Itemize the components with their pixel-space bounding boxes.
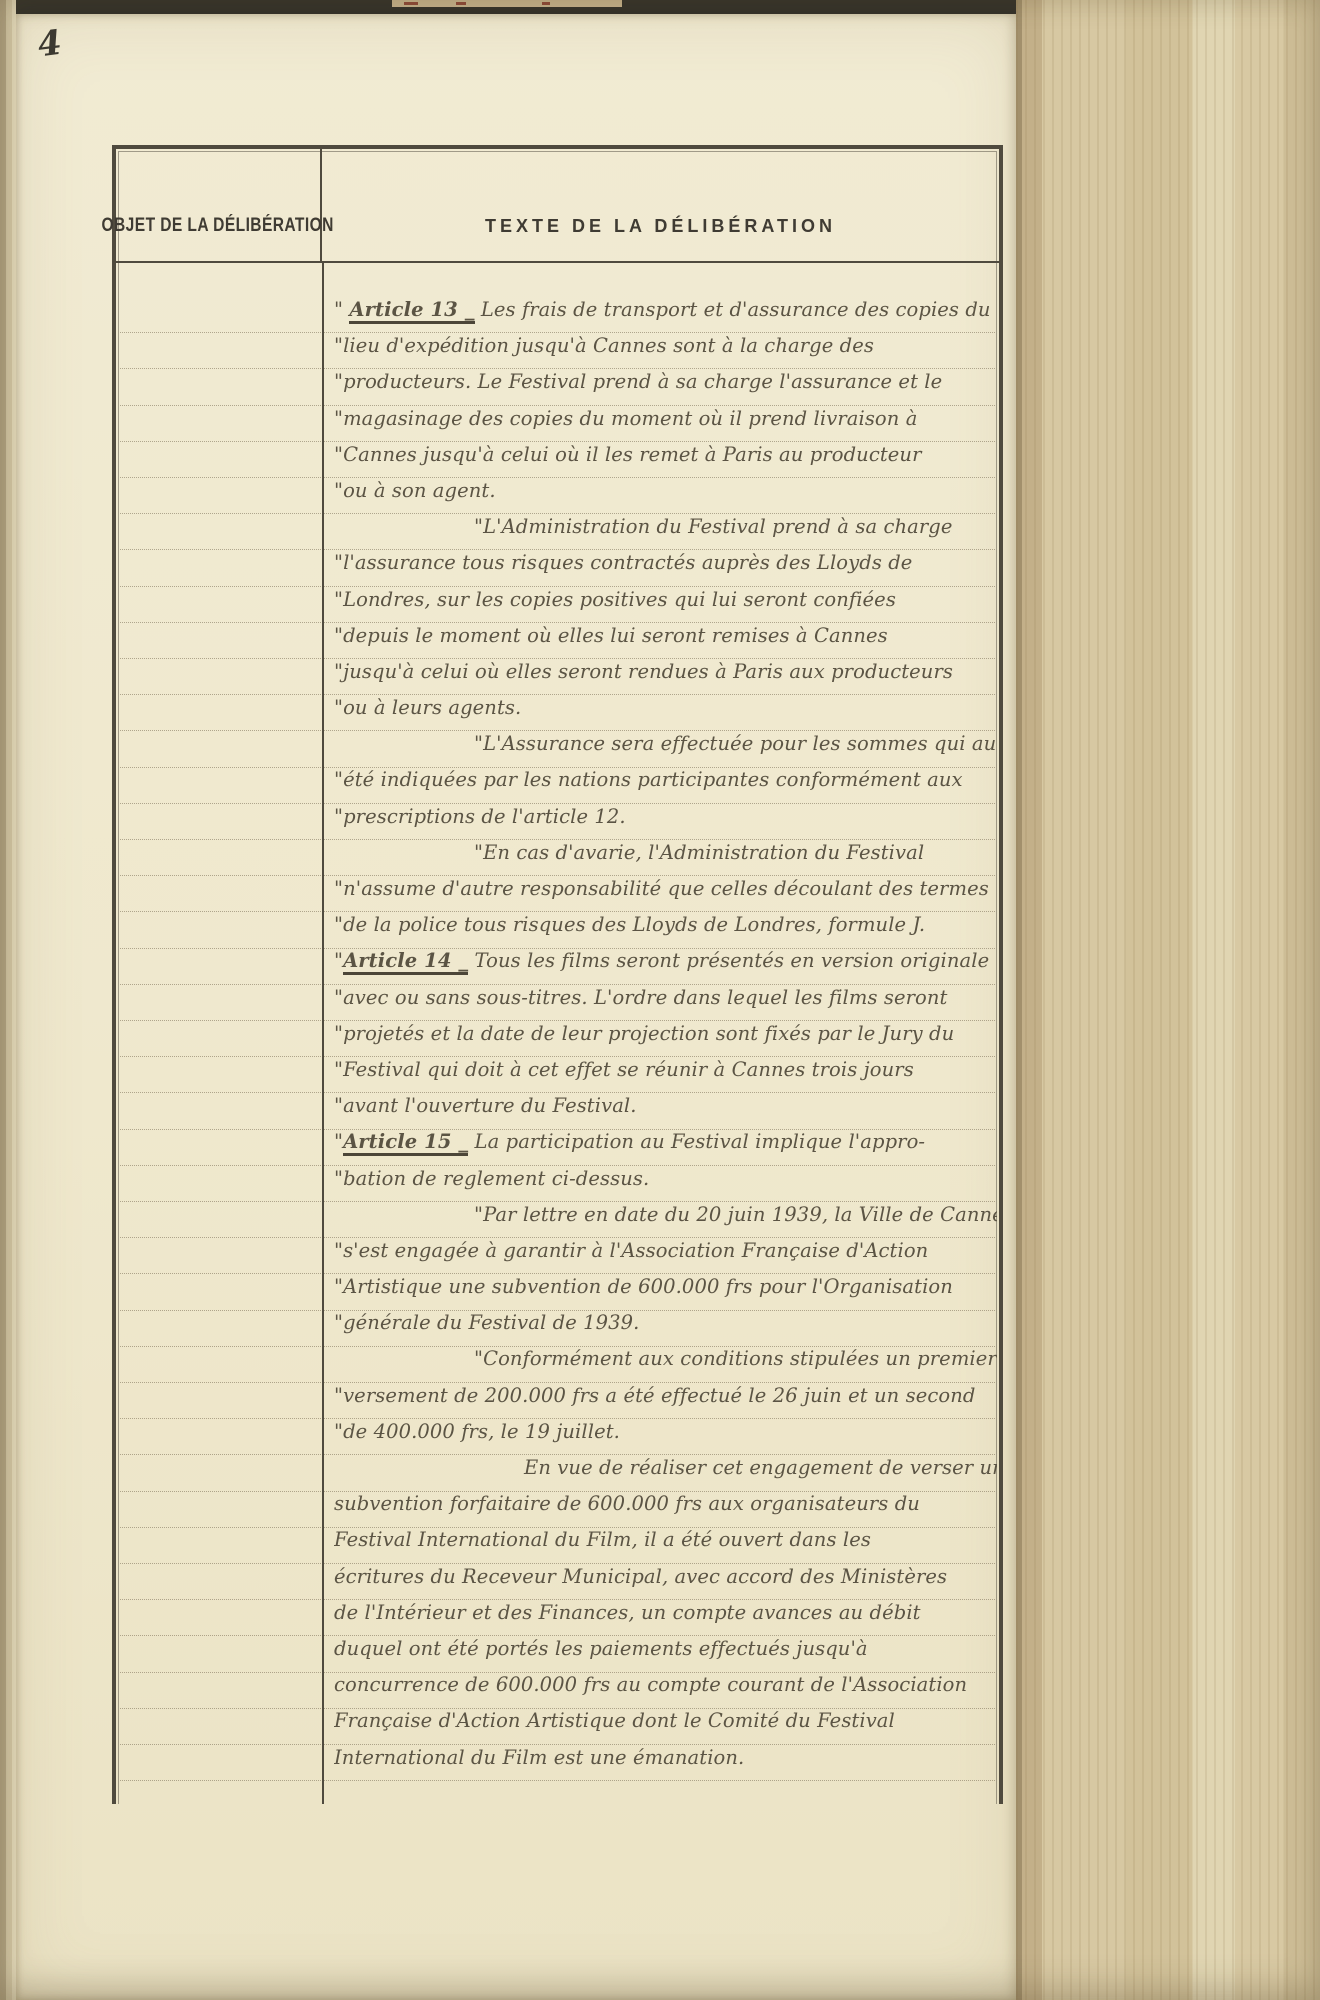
manuscript-line-text: "de la police tous risques des Lloyds de… <box>334 913 925 936</box>
scanned-register-page: 4 OBJET DE LA DÉLIBÉRATION TEXTE DE LA D… <box>0 0 1320 2000</box>
deliberation-table: OBJET DE LA DÉLIBÉRATION TEXTE DE LA DÉL… <box>112 145 1003 1804</box>
manuscript-line-text: "Londres, sur les copies positives qui l… <box>334 588 896 611</box>
manuscript-line-text: subvention forfaitaire de 600.000 frs au… <box>334 1492 920 1515</box>
column-header-objet: OBJET DE LA DÉLIBÉRATION <box>116 149 322 261</box>
article-heading: Article 15 _ <box>343 1130 468 1156</box>
manuscript-line-text: "versement de 200.000 frs a été effectué… <box>334 1384 975 1407</box>
manuscript-line: "jusqu'à celui où elles seront rendues à… <box>334 655 997 691</box>
red-ink-mark <box>542 2 550 5</box>
manuscript-line: "versement de 200.000 frs a été effectué… <box>334 1379 997 1415</box>
manuscript-line: "avant l'ouverture du Festival. <box>334 1089 997 1125</box>
manuscript-line-text: "depuis le moment où elles lui seront re… <box>334 624 888 647</box>
manuscript-line-text: "ou à son agent. <box>334 479 496 502</box>
manuscript-line: "de 400.000 frs, le 19 juillet. <box>334 1415 997 1451</box>
manuscript-line-text: de l'Intérieur et des Finances, un compt… <box>334 1601 921 1624</box>
manuscript-line-text: "générale du Festival de 1939. <box>334 1311 639 1334</box>
manuscript-line-text: "En cas d'avarie, l'Administration du Fe… <box>474 841 924 864</box>
manuscript-line: concurrence de 600.000 frs au compte cou… <box>334 1668 997 1704</box>
manuscript-line-text: "Par lettre en date du 20 juin 1939, la … <box>474 1203 997 1226</box>
manuscript-line-text: En vue de réaliser cet engagement de ver… <box>524 1456 997 1479</box>
manuscript-line: "été indiquées par les nations participa… <box>334 763 997 799</box>
manuscript-line-text: "producteurs. Le Festival prend à sa cha… <box>334 370 942 393</box>
quote-mark: " <box>334 949 343 972</box>
previous-page-sliver <box>392 0 622 7</box>
manuscript-line-text: "avant l'ouverture du Festival. <box>334 1094 637 1117</box>
column-header-texte: TEXTE DE LA DÉLIBÉRATION <box>322 149 999 261</box>
manuscript-line-text: "projetés et la date de leur projection … <box>334 1022 954 1045</box>
manuscript-line: "Festival qui doit à cet effet se réunir… <box>334 1053 997 1089</box>
manuscript-line-text: "été indiquées par les nations participa… <box>334 768 963 791</box>
manuscript-line-text: "avec ou sans sous-titres. L'ordre dans … <box>334 986 948 1009</box>
manuscript-line-text: "de 400.000 frs, le 19 juillet. <box>334 1420 620 1443</box>
article-heading: Article 14 _ <box>343 949 468 975</box>
manuscript-line-text: concurrence de 600.000 frs au compte cou… <box>334 1673 967 1696</box>
quote-mark: " <box>334 1130 343 1153</box>
manuscript-line: "ou à son agent. <box>334 474 997 510</box>
manuscript-line: "L'Assurance sera effectuée pour les som… <box>334 727 997 763</box>
manuscript-line: "lieu d'expédition jusqu'à Cannes sont à… <box>334 329 997 365</box>
column-header-objet-label: OBJET DE LA DÉLIBÉRATION <box>102 215 334 237</box>
register-page: 4 OBJET DE LA DÉLIBÉRATION TEXTE DE LA D… <box>16 14 1016 2000</box>
manuscript-line-text: "s'est engagée à garantir à l'Associatio… <box>334 1239 928 1262</box>
quote-mark: " <box>334 298 349 321</box>
manuscript-line: "Article 15 _ La participation au Festiv… <box>334 1125 997 1161</box>
manuscript-line: de l'Intérieur et des Finances, un compt… <box>334 1596 997 1632</box>
manuscript-line: "Londres, sur les copies positives qui l… <box>334 583 997 619</box>
manuscript-line-text: Française d'Action Artistique dont le Co… <box>334 1709 895 1732</box>
manuscript-line-text: "Conformément aux conditions stipulées u… <box>474 1347 997 1370</box>
manuscript-line: "producteurs. Le Festival prend à sa cha… <box>334 365 997 401</box>
red-ink-mark <box>404 2 418 5</box>
manuscript-line: "Article 14 _ Tous les films seront prés… <box>334 944 997 980</box>
table-header-row: OBJET DE LA DÉLIBÉRATION TEXTE DE LA DÉL… <box>116 149 999 263</box>
manuscript-line-text: "bation de reglement ci-dessus. <box>334 1167 649 1190</box>
manuscript-line: "l'assurance tous risques contractés aup… <box>334 546 997 582</box>
manuscript-line-text: "magasinage des copies du moment où il p… <box>334 407 917 430</box>
page-number: 4 <box>36 23 64 66</box>
manuscript-line-text: "Artistique une subvention de 600.000 fr… <box>334 1275 953 1298</box>
manuscript-line: "En cas d'avarie, l'Administration du Fe… <box>334 836 997 872</box>
red-ink-mark <box>456 2 466 5</box>
manuscript-line: "Artistique une subvention de 600.000 fr… <box>334 1270 997 1306</box>
table-body: " Article 13 _ Les frais de transport et… <box>116 263 999 1804</box>
manuscript-line-text: "n'assume d'autre responsabilité que cel… <box>334 877 989 900</box>
manuscript-line: Française d'Action Artistique dont le Co… <box>334 1704 997 1740</box>
manuscript-line-text: International du Film est une émanation. <box>334 1746 744 1769</box>
manuscript-line: "s'est engagée à garantir à l'Associatio… <box>334 1234 997 1270</box>
manuscript-line-text: Tous les films seront présentés en versi… <box>468 949 989 972</box>
manuscript-line: duquel ont été portés les paiements effe… <box>334 1632 997 1668</box>
manuscript-line: "ou à leurs agents. <box>334 691 997 727</box>
manuscript-line: "de la police tous risques des Lloyds de… <box>334 908 997 944</box>
manuscript-line: "projetés et la date de leur projection … <box>334 1017 997 1053</box>
book-fore-edge <box>1016 0 1320 2000</box>
manuscript-line: " Article 13 _ Les frais de transport et… <box>334 293 997 329</box>
manuscript-text: " Article 13 _ Les frais de transport et… <box>334 263 997 1804</box>
manuscript-line: "avec ou sans sous-titres. L'ordre dans … <box>334 981 997 1017</box>
manuscript-line-text: écritures du Receveur Municipal, avec ac… <box>334 1565 947 1588</box>
manuscript-line-text: "l'assurance tous risques contractés aup… <box>334 551 912 574</box>
manuscript-line-text: "Festival qui doit à cet effet se réunir… <box>334 1058 914 1081</box>
manuscript-line: "magasinage des copies du moment où il p… <box>334 402 997 438</box>
manuscript-line: "bation de reglement ci-dessus. <box>334 1162 997 1198</box>
manuscript-line-text: "L'Administration du Festival prend à sa… <box>474 515 953 538</box>
manuscript-line: "générale du Festival de 1939. <box>334 1306 997 1342</box>
manuscript-line: "prescriptions de l'article 12. <box>334 800 997 836</box>
manuscript-line: "depuis le moment où elles lui seront re… <box>334 619 997 655</box>
manuscript-line: International du Film est une émanation. <box>334 1741 997 1777</box>
page-left-edge <box>0 0 16 2000</box>
article-heading: Article 13 _ <box>349 298 474 324</box>
manuscript-line: Festival International du Film, il a été… <box>334 1523 997 1559</box>
manuscript-line-text: "Cannes jusqu'à celui où il les remet à … <box>334 443 922 466</box>
manuscript-line-text: Festival International du Film, il a été… <box>334 1528 871 1551</box>
manuscript-line: "n'assume d'autre responsabilité que cel… <box>334 872 997 908</box>
manuscript-line: "Cannes jusqu'à celui où il les remet à … <box>334 438 997 474</box>
manuscript-line-text: "L'Assurance sera effectuée pour les som… <box>474 732 997 755</box>
manuscript-line: subvention forfaitaire de 600.000 frs au… <box>334 1487 997 1523</box>
manuscript-line-text: "prescriptions de l'article 12. <box>334 805 626 828</box>
manuscript-line: En vue de réaliser cet engagement de ver… <box>334 1451 997 1487</box>
manuscript-line: écritures du Receveur Municipal, avec ac… <box>334 1560 997 1596</box>
manuscript-line-text: Les frais de transport et d'assurance de… <box>475 298 991 321</box>
manuscript-line-text: duquel ont été portés les paiements effe… <box>334 1637 868 1660</box>
manuscript-line: "Par lettre en date du 20 juin 1939, la … <box>334 1198 997 1234</box>
manuscript-line-text: "lieu d'expédition jusqu'à Cannes sont à… <box>334 334 874 357</box>
manuscript-line: "Conformément aux conditions stipulées u… <box>334 1342 997 1378</box>
manuscript-line-text: "jusqu'à celui où elles seront rendues à… <box>334 660 953 683</box>
column-divider <box>322 263 324 1804</box>
manuscript-line: "L'Administration du Festival prend à sa… <box>334 510 997 546</box>
manuscript-line-text: "ou à leurs agents. <box>334 696 521 719</box>
manuscript-line-text: La participation au Festival implique l'… <box>468 1130 925 1153</box>
